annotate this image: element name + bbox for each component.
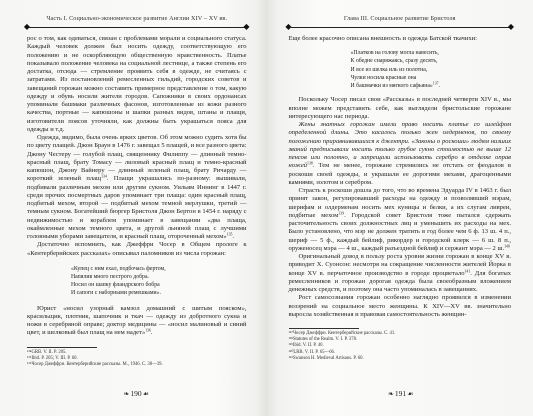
book-spread: Часть I. Социально-экономическое развити… bbox=[0, 0, 533, 416]
fleuron-icon: ❧ bbox=[124, 390, 130, 398]
paragraph: Поскольку Чосер писал свои «Рассказы» в … bbox=[289, 96, 512, 121]
footnote-ref: 141 bbox=[465, 269, 471, 273]
verse-quote: «Платков на голову могла навесить, К обе… bbox=[351, 49, 512, 90]
verse-quote: «Купец с ним ехал, подбочась фертом, Нап… bbox=[71, 265, 247, 298]
left-body-text: рос о том, как одеваться, связан с пробл… bbox=[27, 35, 247, 338]
footnote-ref: 136 bbox=[145, 329, 151, 333]
paragraph: Одежда, видимо, была очень ярких цветов.… bbox=[27, 134, 247, 241]
paragraph: Еще более красочно описана внешность и о… bbox=[289, 35, 512, 43]
page-number-left: ❧190☙ bbox=[6, 389, 267, 398]
ornament-icon: ◆ bbox=[507, 23, 515, 31]
running-head-right: Глава III. Социальное развитие Бристоля bbox=[289, 14, 512, 23]
footnote-divider bbox=[289, 328, 359, 329]
footnotes-left: ¹³⁴GRB. V. II. P. 205. ¹³⁵Ibid. P. 205; … bbox=[27, 350, 247, 369]
footnote: ¹⁴¹Swanson H. Medieval Artisans. P. 60. bbox=[289, 356, 512, 362]
header-rule-right: ◆ ◆ bbox=[285, 23, 516, 31]
right-page: Глава III. Социальное развитие Бристоля … bbox=[267, 0, 533, 416]
footnote-ref: 137 bbox=[433, 82, 439, 86]
divider bbox=[291, 27, 510, 28]
paragraph: Жены знатных горожан имели право носить … bbox=[289, 121, 512, 187]
header-rule-left: ◆ ◆ bbox=[23, 23, 251, 31]
divider bbox=[29, 27, 245, 28]
footnote-ref: 140 bbox=[504, 244, 510, 248]
paragraph: рос о том, как одеваться, связан с пробл… bbox=[27, 35, 247, 134]
left-page: Часть I. Социально-экономическое развити… bbox=[0, 0, 267, 416]
paragraph: Юрист «носил узорный камзол домашний с ш… bbox=[27, 305, 247, 338]
footnote: ¹³⁶Чосер Джеффри. Кентерберийские расска… bbox=[27, 362, 247, 368]
paragraph: Оригинальный довод в пользу роста уровня… bbox=[289, 253, 512, 294]
ornament-icon: ◆ bbox=[243, 23, 251, 31]
running-head-left: Часть I. Социально-экономическое развити… bbox=[27, 14, 247, 23]
paragraph: Рост самосознания горожан особенно нагля… bbox=[289, 294, 512, 319]
page-number-right: ❧191☙ bbox=[269, 389, 533, 398]
footnote-ref: 138 bbox=[307, 162, 313, 166]
paragraph: Страсть к роскоши дошла до того, что во … bbox=[289, 187, 512, 253]
fleuron-icon: ☙ bbox=[143, 390, 149, 398]
fleuron-icon: ☙ bbox=[407, 390, 413, 398]
fleuron-icon: ❧ bbox=[388, 390, 394, 398]
footnotes-right: ¹³⁷Чосер Джеффри. Кентерберийские расска… bbox=[289, 331, 512, 362]
footnote-ref: 139 bbox=[338, 211, 344, 215]
footnote-divider bbox=[27, 347, 97, 348]
right-body-text: Еще более красочно описана внешность и о… bbox=[289, 35, 512, 319]
footnote-ref: 134 bbox=[101, 175, 107, 179]
paragraph: Достаточно вспомнить, как Джеффри Чосер … bbox=[27, 241, 247, 258]
footnote-ref: 135 bbox=[227, 233, 233, 237]
